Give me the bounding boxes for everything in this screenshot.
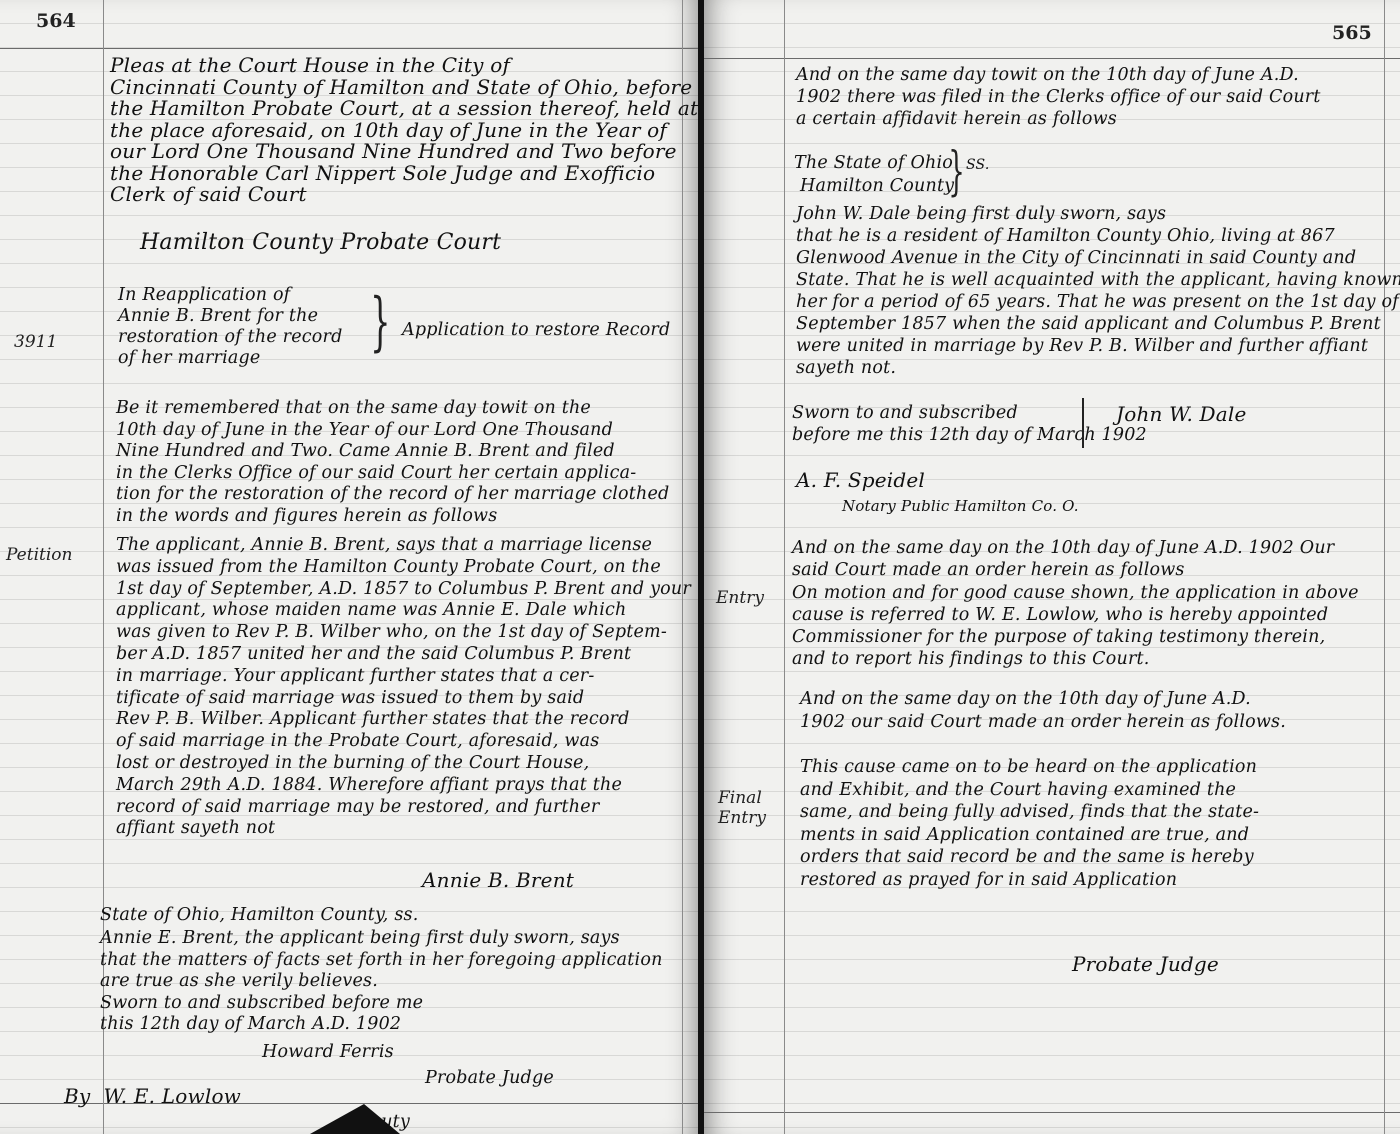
petition-text: The applicant, Annie B. Brent, says that… [116,535,691,840]
affiant-signature: John W. Dale [1116,404,1247,426]
affidavit-text: John W. Dale being first duly sworn, say… [796,203,1400,379]
affidavit-intro: And on the same day towit on the 10th da… [796,64,1321,130]
notary-title: Notary Public Hamilton Co. O. [842,496,1079,518]
judge-title: Probate Judge [1072,954,1219,976]
venue-ss: SS. [966,155,990,177]
jurat-signature: Howard Ferris [262,1042,394,1064]
footer-rule [704,1112,1400,1113]
margin-rule [784,0,785,1134]
header-rule [704,58,1400,59]
case-brace: } [370,290,390,354]
notary-signature: A. F. Speidel [796,470,925,492]
case-number: 3911 [14,332,57,352]
sworn-block: Sworn to and subscribed before me this 1… [792,402,1147,446]
court-heading: Hamilton County Probate Court [140,232,501,254]
left-page: 564 Pleas at the Court House in the City… [0,0,700,1134]
right-margin-rule [1384,0,1385,1134]
venue-county: Hamilton County [800,176,954,198]
venue-brace: } [948,140,965,204]
case-type: Application to restore Record [402,320,670,342]
page-number: 565 [1332,22,1372,44]
case-caption: In Reapplication of Annie B. Brent for t… [118,285,343,369]
right-page: 565 And on the same day towit on the 10t… [704,0,1400,1134]
petition-signature: Annie B. Brent [422,870,574,892]
jurat-title: Probate Judge [425,1068,554,1090]
final-intro: And on the same day on the 10th day of J… [800,688,1286,734]
final-entry-text: This cause came on to be heard on the ap… [800,756,1259,891]
court-preamble: Pleas at the Court House in the City of … [110,55,698,206]
margin-label-final-entry: Final Entry [718,788,766,828]
jurat-text: Annie E. Brent, the applicant being firs… [100,928,663,1036]
deputy-line: By W. E. Lowlow [64,1086,241,1108]
header-rule [0,48,700,49]
jurat-venue: State of Ohio, Hamilton County, ss. [100,905,418,927]
entry-intro: And on the same day on the 10th day of J… [792,537,1334,581]
margin-label-petition: Petition [6,545,72,565]
sworn-divider [1082,398,1084,448]
filing-paragraph: Be it remembered that on the same day to… [116,398,669,527]
margin-label-entry: Entry [716,588,764,608]
venue-state: The State of Ohio [794,153,953,175]
page-number: 564 [36,10,76,32]
entry-text: On motion and for good cause shown, the … [792,582,1359,670]
